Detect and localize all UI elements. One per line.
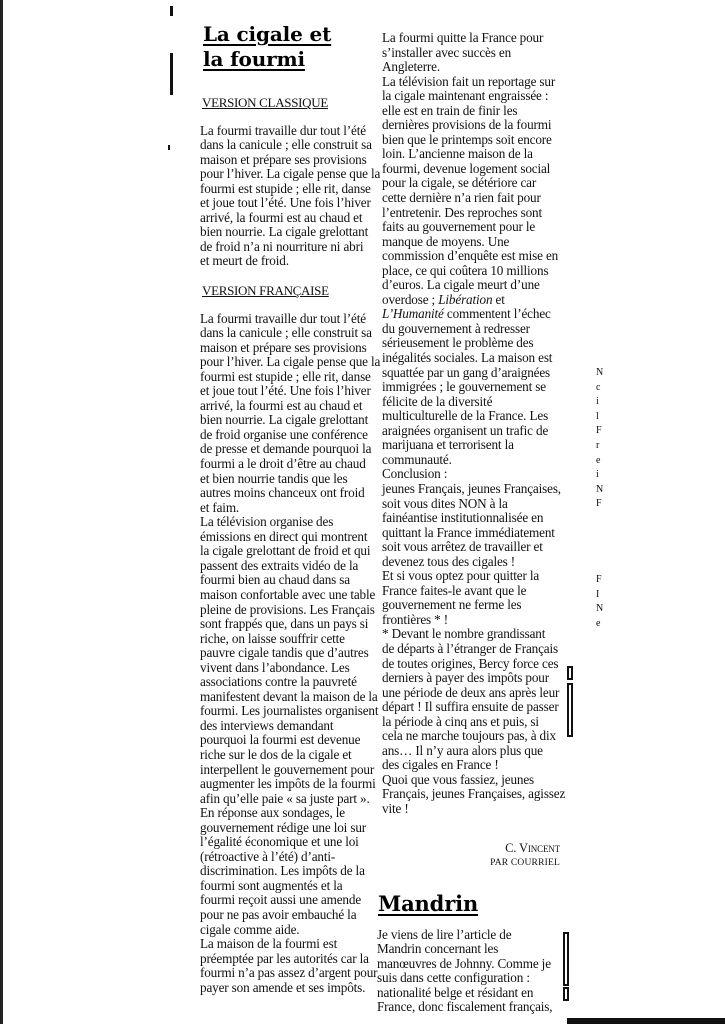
text-line: arrivé, la fourmi est au chaud et [200,211,378,226]
text-line: la cigale maintenant engraissée : [382,89,560,104]
cropped-frame [567,666,573,680]
text-line: fourmi a le droit d’être au chaud [200,457,378,472]
text-line: fourmi bien au chaud dans sa [200,573,378,588]
article-title: La cigale et la fourmi [203,22,378,72]
text-line: de froid organise une conférence [200,428,378,443]
text-line: autres moins chanceux ont froid [200,486,378,501]
text-line: et bien nourrie tandis que les [200,472,378,487]
text-line: pour l’hiver. La cigale pense que la [200,167,378,182]
text-line: Et si vous optez pour quitter la [382,569,560,584]
italic-line-humanite: L’Humanité commentent l’échec [382,307,560,322]
section-body-classique: La fourmi travaille dur tout l’étédans l… [200,124,378,269]
text-line: l [596,410,606,425]
text-line: l’égalité économique et une loi [200,835,378,850]
section-heading-classique: VERSION CLASSIQUE [202,96,378,111]
text-line: dans la canicule ; elle construit sa [200,326,378,341]
text-line: La fourmi travaille dur tout l’été [200,124,378,139]
text-line: N [596,483,606,498]
text-line: i [596,468,606,483]
signature-name: C. Vincent [382,841,560,856]
article-continuation: La fourmi quitte la France pours’install… [382,31,560,293]
text-line: nationalité belge et résidant en [377,986,560,1001]
text-line: Angleterre. [382,60,560,75]
text-line: communauté. [382,453,560,468]
text-line: I [596,588,606,603]
text-line: vite ! [382,802,560,817]
text-line: du gouvernement à redresser [382,322,560,337]
text-line: manœuvres de Johnny. Comme je [377,957,560,972]
text-line: fourmi sont augmentés et la [200,879,378,894]
text-line: France faites-le avant que le [382,584,560,599]
article-continuation-end: du gouvernement à redressersérieusement … [382,322,560,817]
text-line: de départs à l’étranger de Français [382,642,560,657]
text-line: Conclusion : [382,467,560,482]
text-line: fourmi est stupide ; elle rit, danse [200,182,378,197]
text-line: fourmi, devenue logement social [382,162,560,177]
text-line: cela ne marche toujours pas, à dix [382,729,560,744]
text-line: cette dernière n’a rien fait pour [382,191,560,206]
text-line: En réponse aux sondages, le [200,806,378,821]
text-line: loin. L’ancienne maison de la [382,147,560,162]
cropped-frame [563,932,569,986]
text-line: France, donc fiscalement français, [377,1000,560,1015]
text-line: suis dans cette configuration : [377,971,560,986]
text-line: bien nourrie. La cigale grelottant [200,225,378,240]
text-line: pourquoi la fourmi est devenue [200,733,378,748]
text: overdose ; [382,292,438,307]
text-line: N [596,366,606,381]
scan-mark [168,145,170,150]
text-line: La télévision fait un reportage sur [382,75,560,90]
text-line: fainéantise institutionnalisée en [382,511,560,526]
text-line: interpellent le gouvernement pour [200,763,378,778]
cropped-frame [567,683,573,737]
text-line: départ ! Il suffira ensuite de passer [382,700,560,715]
text-line: gouvernement ne ferme les [382,598,560,613]
text-line: fourmi n’a pas assez d’argent pour [200,966,378,981]
text-line: maison et prépare ses provisions [200,153,378,168]
text-line: La fourmi travaille dur tout l’été [200,312,378,327]
text-line: F [596,573,606,588]
text-line: La télévision organise des [200,515,378,530]
text-line: N [596,602,606,617]
cropped-column-fragment: NcilFreiNF [596,366,606,512]
text-line: Quoi que vous fassiez, jeunes [382,773,560,788]
text-line: la cigale grelottant de froid et qui [200,544,378,559]
text-line: Mandrin concernant les [377,942,560,957]
text-line: riche, on laisse souffrir cette [200,632,378,647]
scan-mark [170,6,173,16]
text-line: l’entretenir. Des reproches sont [382,206,560,221]
text-line: de toutes origines, Bercy force ces [382,657,560,672]
text-line: fourmi est stupide ; elle rit, danse [200,370,378,385]
text-line: préemptée par les autorités car la [200,952,378,967]
text-line: bien nourrie. La cigale grelottant [200,413,378,428]
text-line: derniers à payer des impôts pour [382,671,560,686]
text-line: associations contre la pauvreté [200,675,378,690]
text-line: squattée par un gang d’araignées [382,366,560,381]
cropped-column-fragment: FINe [596,573,606,631]
text-line: augmenter les impôts de la fourmi [200,777,378,792]
text-line: de froid n’a ni nourriture ni abri [200,240,378,255]
text-line: émissions en direct qui montrent [200,530,378,545]
text-line: dans la canicule ; elle construit sa [200,138,378,153]
text-line: soit vous arrêtez de travailler et [382,540,560,555]
text-line: fourmi reçoit aussi une amende [200,893,378,908]
text-line: quittant la France immédiatement [382,526,560,541]
text-line: riche sur le dos de la cigale et [200,748,378,763]
text-line: * Devant le nombre grandissant [382,627,560,642]
text-line: pour la cigale, se détériore car [382,176,560,191]
cropped-rule [567,1018,725,1024]
text-line: araignées organisent un trafic de [382,424,560,439]
text-line: sérieusement le problème des [382,336,560,351]
text-line: F [596,424,606,439]
text-line: des interviews demandant [200,719,378,734]
text-line: (rétroactive à l’été) d’anti- [200,850,378,865]
text-line: discrimination. Les impôts de la [200,864,378,879]
section-heading-francaise: VERSION FRANÇAISE [202,284,378,299]
text-line: commission d’enquête est mise en [382,249,560,264]
text-line: e [596,454,606,469]
text-line: afin qu’elle paie « sa juste part ». [200,792,378,807]
text-line: des cigales en France ! [382,758,560,773]
text-line: et meurt de froid. [200,254,378,269]
text-line: i [596,395,606,410]
text-line: pour l’hiver. La cigale pense que la [200,355,378,370]
text-line: fourmi. Les journalistes organisent [200,704,378,719]
text-line: vivent dans l’abondance. Les [200,661,378,676]
signature-via: PAR COURRIEL [382,856,560,871]
text-line: jeunes Français, jeunes Françaises, [382,482,560,497]
text-line: cigale comme aide. [200,923,378,938]
text-line: sont frappés que, dans un pays si [200,617,378,632]
text-line: de presse et demande pourquoi la [200,442,378,457]
title-line: la fourmi [203,47,378,72]
text-line: et faim. [200,501,378,516]
text-line: d’euros. La cigale meurt d’une [382,278,560,293]
text-line: pleine de provisions. Les Français [200,603,378,618]
text-line: e [596,617,606,632]
text: et [492,292,504,307]
text-line: ans… Il n’y aura alors plus que [382,744,560,759]
text-line: maison confortable avec une table [200,588,378,603]
text-line: pour ne pas avoir embauché la [200,908,378,923]
text-line: gouvernement rédige une loi sur [200,821,378,836]
page-scan-edge [0,0,3,1024]
text: commentent l’échec [444,306,551,321]
text-line: arrivé, la fourmi est au chaud et [200,399,378,414]
text-line: La maison de la fourmi est [200,937,378,952]
text-line: frontières * ! [382,613,560,628]
text-line: F [596,497,606,512]
text-line: bien que le printemps soit encore [382,133,560,148]
text-line: place, ce qui coûtera 10 millions [382,264,560,279]
text-line: dernières provisions de la fourmi [382,118,560,133]
text-line: soit vous dites NON à la [382,497,560,512]
text-line: multiculturelle de la France. Les [382,409,560,424]
text-line: manifestent devant la maison de la [200,690,378,705]
text-line: s’installer avec succès en [382,46,560,61]
text-line: et joue tout l’été. Une fois l’hiver [200,384,378,399]
text-line: manque de moyens. Une [382,235,560,250]
article-body-mandrin: Je viens de lire l’article deMandrin con… [377,928,560,1015]
text-line: La fourmi quitte la France pour [382,31,560,46]
text-line: immigrées ; le gouvernement se [382,380,560,395]
text-line: elle est en train de finir les [382,104,560,119]
scan-mark [170,53,173,95]
text-line: devenez tous des cigales ! [382,555,560,570]
text-line: Je viens de lire l’article de [377,928,560,943]
column-right: La fourmi quitte la France pours’install… [382,31,560,1015]
text-line: une période de deux ans après leur [382,686,560,701]
text-line: inégalités sociales. La maison est [382,351,560,366]
cropped-frame [563,987,569,1001]
text-line: Français, jeunes Françaises, agissez [382,787,560,802]
text-line: et joue tout l’été. Une fois l’hiver [200,196,378,211]
text-line: payer son amende et ses impôts. [200,981,378,996]
text-line: félicite de la diversité [382,395,560,410]
text-line: c [596,381,606,396]
article-title-mandrin: Mandrin [378,891,560,916]
text-line: faits au gouvernement pour le [382,220,560,235]
text-line: la période à cinq ans et puis, si [382,715,560,730]
text-line: pauvre cigale tandis que d’autres [200,646,378,661]
text-line: maison et prépare ses provisions [200,341,378,356]
text-line: r [596,439,606,454]
newspaper-name: Libération [438,292,492,307]
section-body-francaise: La fourmi travaille dur tout l’étédans l… [200,312,378,996]
title-line: La cigale et [203,22,378,47]
italic-line-liberation: overdose ; Libération et [382,293,560,308]
text-line: passent des extraits vidéo de la [200,559,378,574]
text-line: marijuana et terrorisent la [382,438,560,453]
newspaper-name: L’Humanité [382,306,444,321]
column-left: La cigale et la fourmi VERSION CLASSIQUE… [200,22,378,995]
